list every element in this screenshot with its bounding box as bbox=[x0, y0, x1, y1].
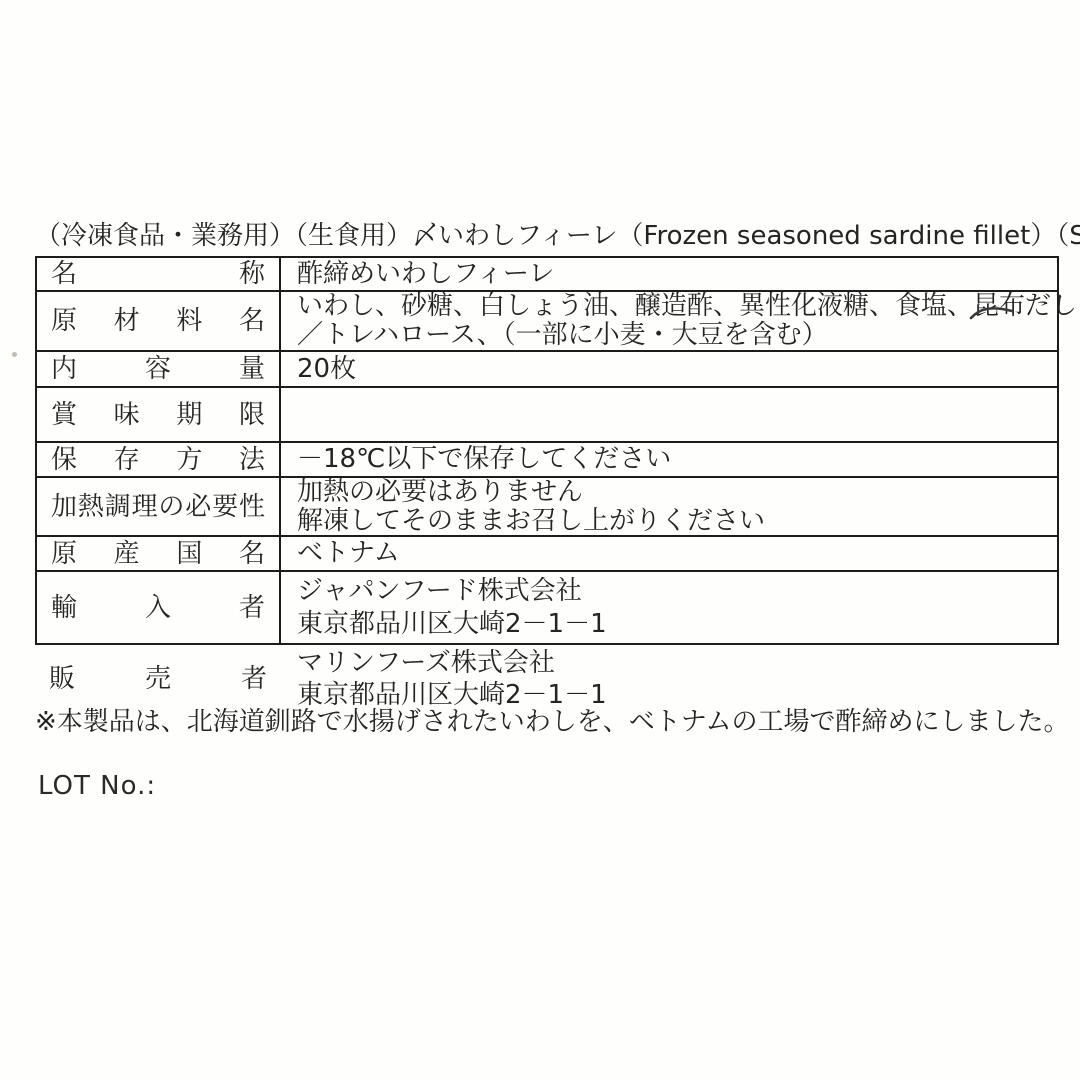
row-value: いわし、砂糖、白しょう油、醸造酢、異性化液糖、食塩、昆布だし bbox=[297, 292, 1077, 321]
row-label-cell: 原産国名 bbox=[37, 537, 281, 570]
row-label: 保存方法 bbox=[51, 446, 265, 474]
row-value: 加熱の必要はありません bbox=[297, 478, 1049, 507]
row-value-cell: ジャパンフード株式会社 東京都品川区大崎2－1－1 bbox=[281, 572, 1057, 643]
usage-labels: （冷凍食品・業務用）（生食用） bbox=[35, 221, 412, 251]
table-row-name: 名称 酢締めいわしフィーレ bbox=[37, 258, 1057, 292]
seller-label: 販売者 bbox=[49, 665, 267, 693]
row-value-cell: 20枚 bbox=[281, 352, 1057, 386]
row-label: 賞味期限 bbox=[51, 401, 265, 429]
table-row-storage: 保存方法 －18℃以下で保存してください bbox=[37, 443, 1057, 478]
origin-note: ※本製品は、北海道釧路で水揚げされたいわしを、ベトナムの工場で酢締めにしました。 bbox=[35, 706, 1059, 738]
row-value: 解凍してそのままお召し上がりください bbox=[297, 507, 1049, 536]
row-label: 名称 bbox=[51, 260, 265, 288]
table-row-ingredients: 原材料名 いわし、砂糖、白しょう油、醸造酢、異性化液糖、食塩、昆布だし ／トレハ… bbox=[37, 292, 1057, 352]
table-row-country-of-origin: 原産国名 ベトナム bbox=[37, 537, 1057, 572]
row-label: 原産国名 bbox=[51, 540, 265, 568]
row-label-cell: 輸入者 bbox=[37, 572, 281, 643]
row-value-cell: いわし、砂糖、白しょう油、醸造酢、異性化液糖、食塩、昆布だし ／トレハロース、（… bbox=[281, 292, 1080, 350]
table-row-net-content: 内容量 20枚 bbox=[37, 352, 1057, 388]
row-value: 酢締めいわしフィーレ bbox=[297, 260, 1049, 289]
row-value-cell: －18℃以下で保存してください bbox=[281, 443, 1057, 476]
row-value-cell-empty bbox=[281, 388, 1057, 441]
seller-label-cell: 販売者 bbox=[35, 645, 281, 713]
seller-row: 販売者 マリンフーズ株式会社 東京都品川区大崎2－1－1 bbox=[35, 645, 1059, 713]
row-label: 内容量 bbox=[51, 355, 265, 383]
seller-company: マリンフーズ株式会社 bbox=[297, 647, 1051, 679]
row-value: －18℃以下で保存してください bbox=[297, 445, 1049, 474]
product-label-page: （冷凍食品・業務用）（生食用） 〆いわしフィーレ （Frozen seasone… bbox=[0, 0, 1080, 1080]
english-product-name: （Frozen seasoned sardine fillet）（Size SS… bbox=[617, 221, 1080, 251]
row-value: ベトナム bbox=[297, 539, 1049, 568]
label-header: （冷凍食品・業務用）（生食用） 〆いわしフィーレ （Frozen seasone… bbox=[35, 221, 1059, 251]
row-label-cell: 原材料名 bbox=[37, 292, 281, 350]
row-label-cell: 内容量 bbox=[37, 352, 281, 386]
lot-number-label: LOT No.: bbox=[38, 771, 156, 801]
row-label-cell: 名称 bbox=[37, 258, 281, 290]
row-value-cell: 加熱の必要はありません 解凍してそのままお召し上がりください bbox=[281, 478, 1057, 535]
row-value-cell: ベトナム bbox=[281, 537, 1057, 570]
pen-stroke-artifact bbox=[968, 300, 1016, 324]
row-value: ／トレハロース、（一部に小麦・大豆を含む） bbox=[297, 321, 1077, 350]
row-label: 輸入者 bbox=[51, 594, 265, 622]
row-label-cell: 保存方法 bbox=[37, 443, 281, 476]
row-label-cell: 加熱調理の必要性 bbox=[37, 478, 281, 535]
row-value-cell: 酢締めいわしフィーレ bbox=[281, 258, 1057, 290]
table-row-best-before: 賞味期限 bbox=[37, 388, 1057, 443]
table-row-importer: 輸入者 ジャパンフード株式会社 東京都品川区大崎2－1－1 bbox=[37, 572, 1057, 643]
scan-dot-artifact bbox=[12, 352, 17, 357]
row-value: 東京都品川区大崎2－1－1 bbox=[297, 608, 1049, 641]
row-value: 20枚 bbox=[297, 355, 1049, 384]
row-value: ジャパンフード株式会社 bbox=[297, 575, 1049, 608]
spec-table: 名称 酢締めいわしフィーレ 原材料名 いわし、砂糖、白しょう油、醸造酢、異性化液… bbox=[35, 256, 1059, 645]
row-label: 原材料名 bbox=[51, 307, 265, 335]
row-label: 加熱調理の必要性 bbox=[51, 493, 265, 521]
product-name: 〆いわしフィーレ bbox=[412, 221, 617, 251]
seller-value-cell: マリンフーズ株式会社 東京都品川区大崎2－1－1 bbox=[281, 645, 1059, 713]
row-label-cell: 賞味期限 bbox=[37, 388, 281, 441]
table-row-heating-necessity: 加熱調理の必要性 加熱の必要はありません 解凍してそのままお召し上がりください bbox=[37, 478, 1057, 537]
